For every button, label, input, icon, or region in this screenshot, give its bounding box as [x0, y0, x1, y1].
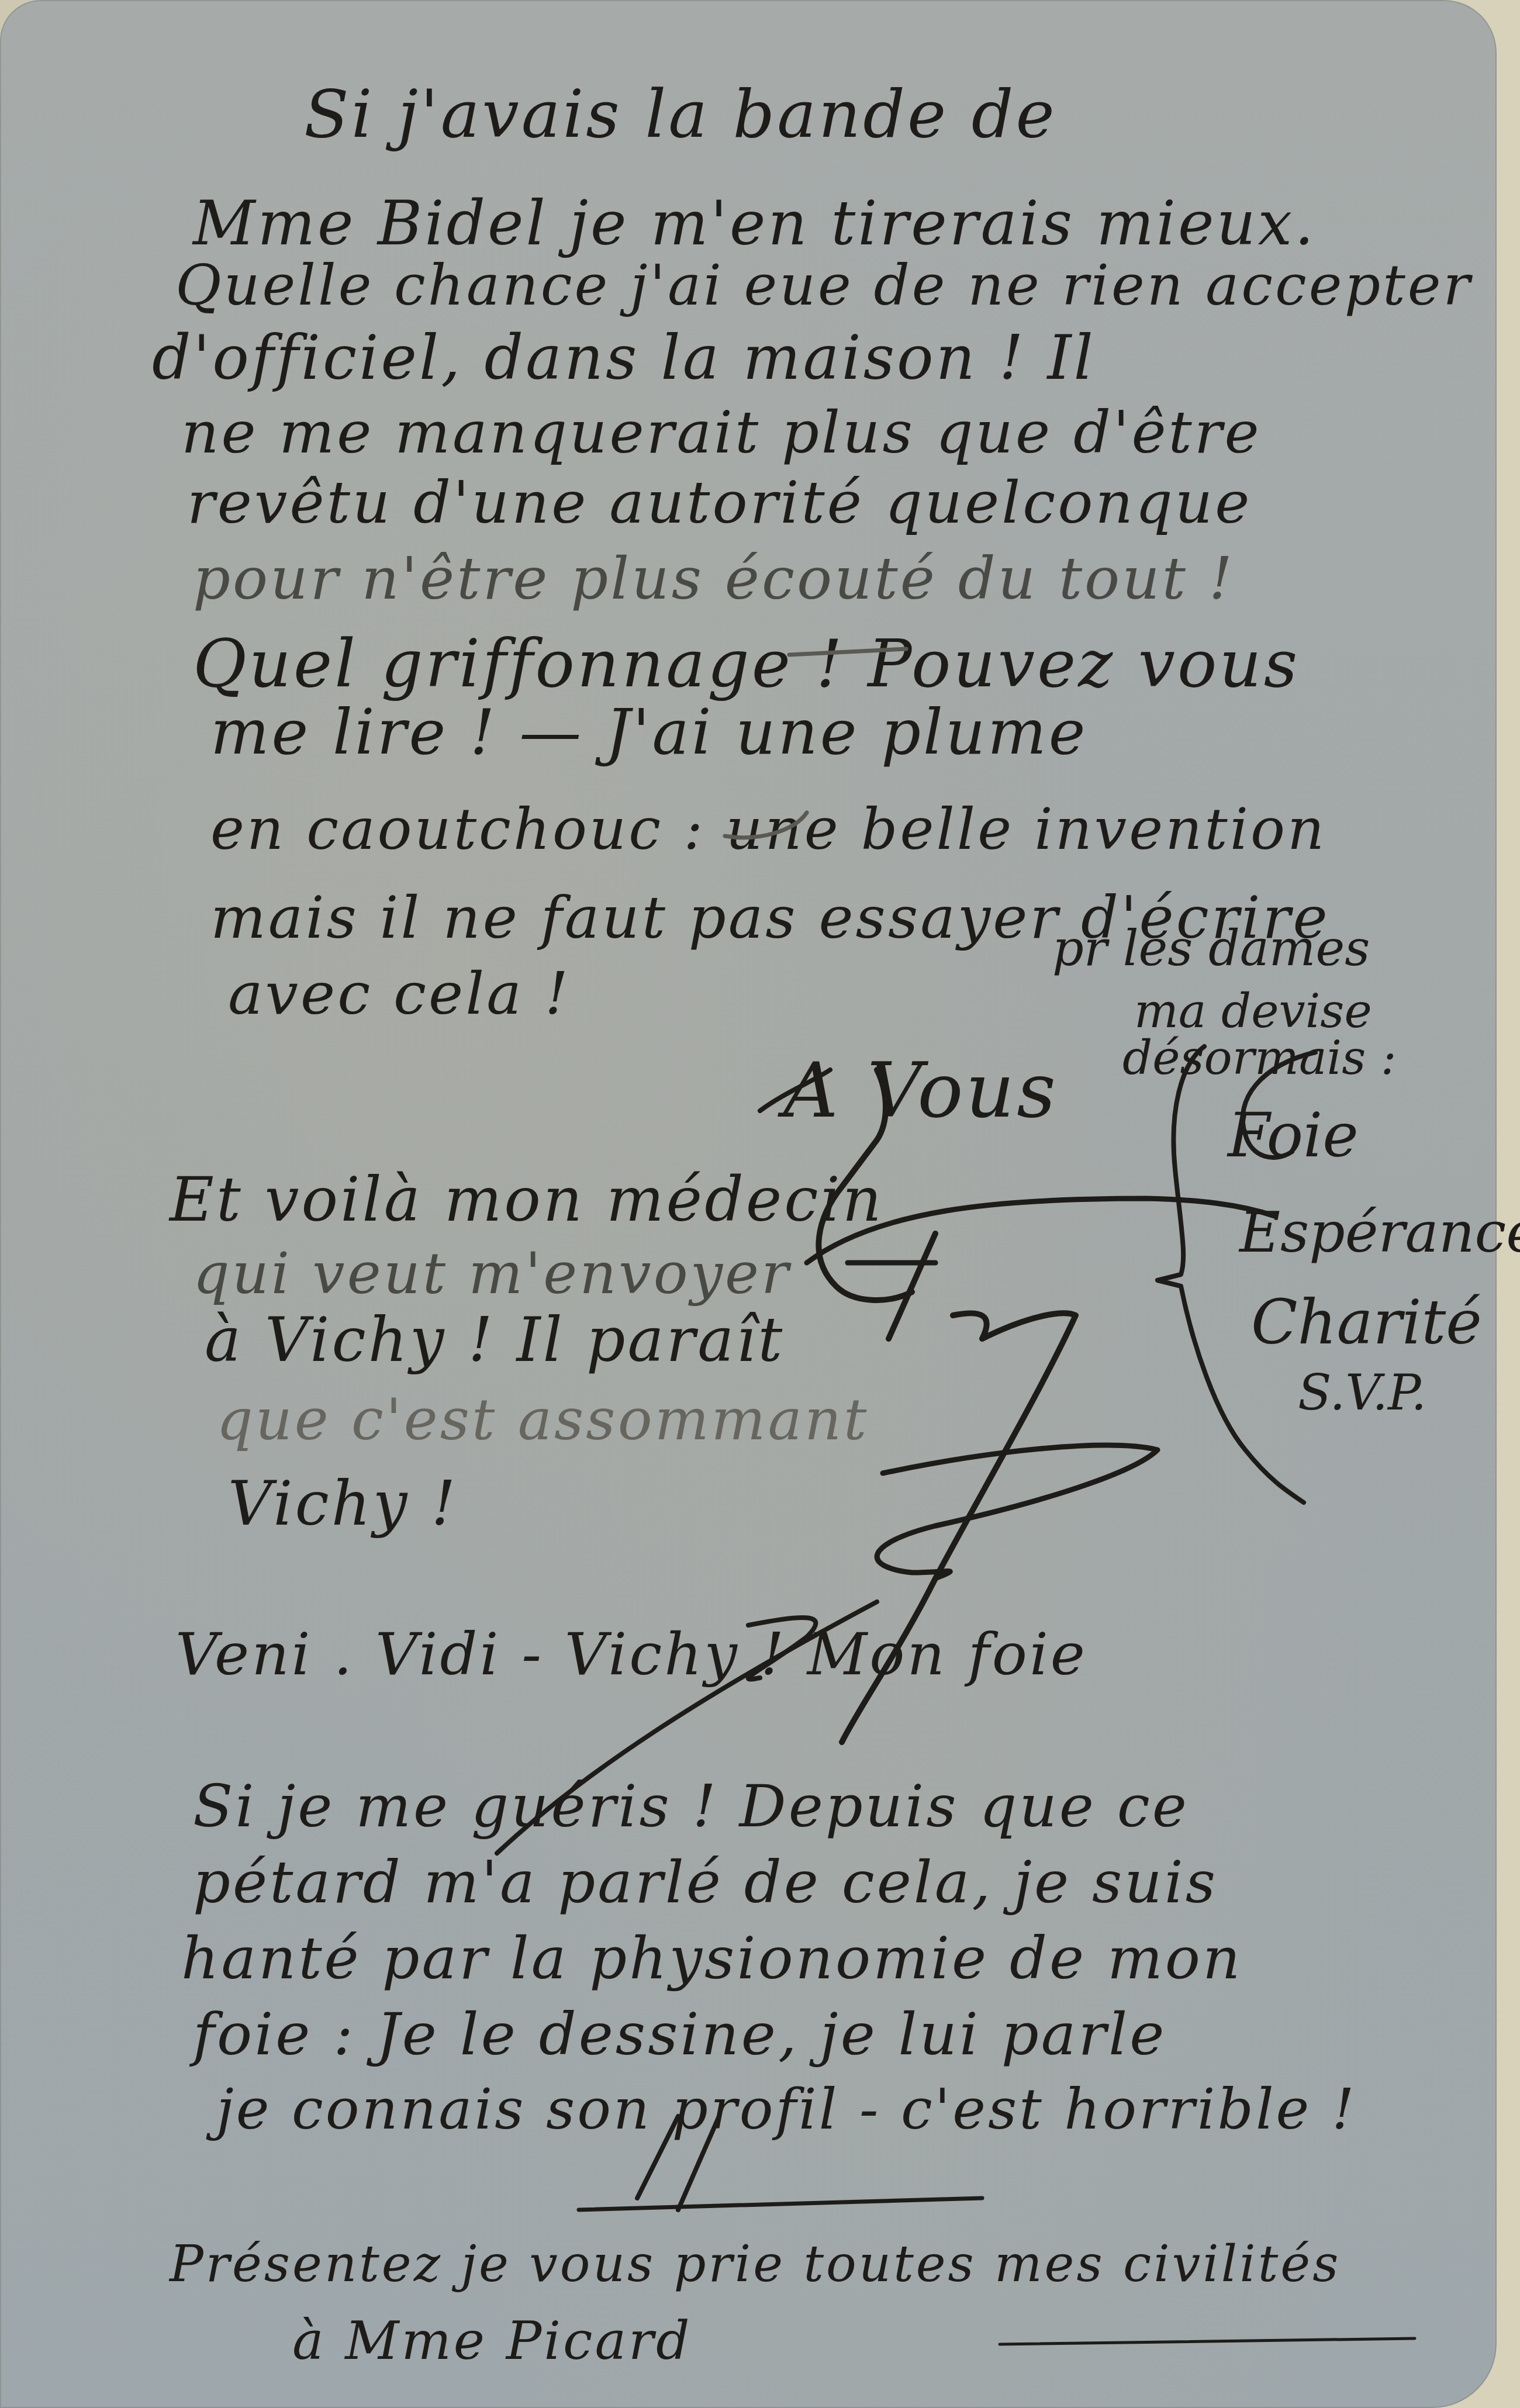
letter-card: Si j'avais la bande de Mme Bidel je m'en… [0, 0, 1497, 2408]
signature-flourish-icon [0, 0, 1520, 2408]
